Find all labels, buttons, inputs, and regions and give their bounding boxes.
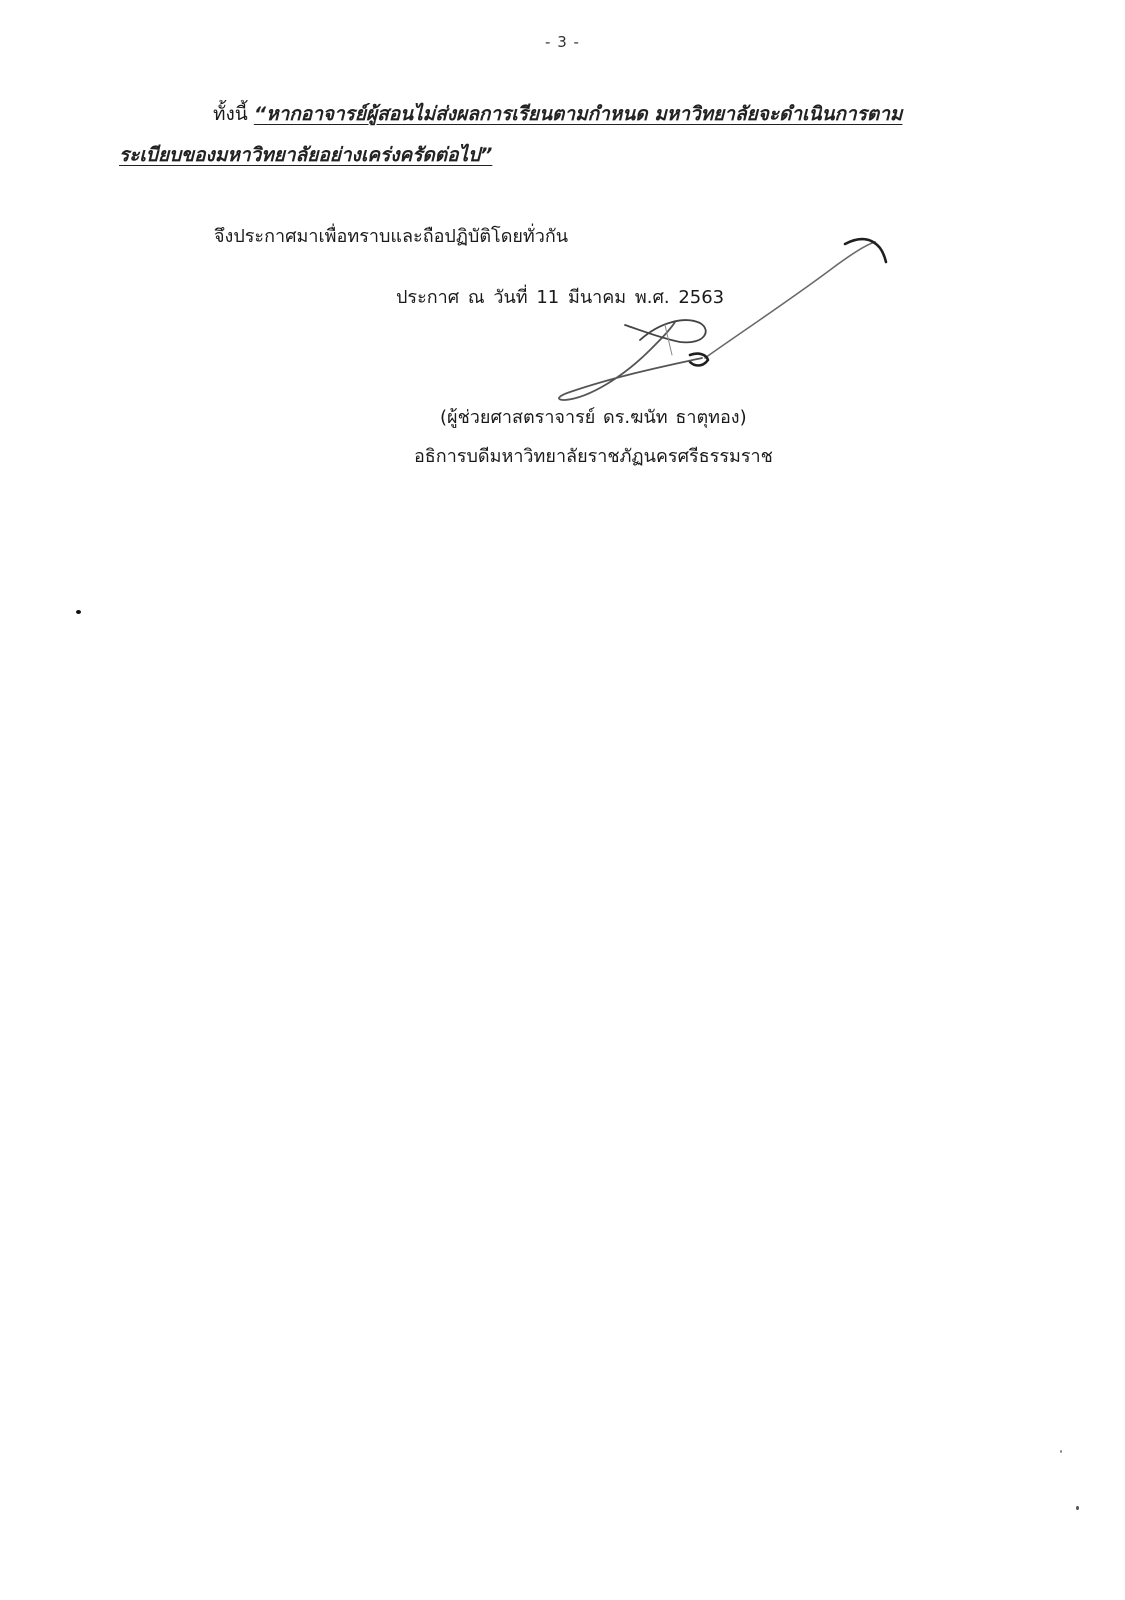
paragraph-lead: ทั้งนี้ xyxy=(213,103,254,125)
scan-speck xyxy=(1076,1506,1079,1510)
signer-title: อธิการบดีมหาวิทยาลัยราชภัฏนครศรีธรรมราช xyxy=(414,441,773,470)
scan-speck xyxy=(1060,1450,1062,1453)
notice-paragraph-line-2: ระเบียบของมหาวิทยาลัยอย่างเคร่งครัดต่อไป… xyxy=(119,146,492,165)
signature-icon xyxy=(530,230,910,410)
signer-name: (ผู้ช่วยศาสตราจารย์ ดร.ฆนัท ธาตุทอง) xyxy=(440,402,747,431)
notice-paragraph-line-1: ทั้งนี้ “หากอาจารย์ผู้สอนไม่ส่งผลการเรีย… xyxy=(213,105,902,124)
page-number: - 3 - xyxy=(0,33,1125,51)
emphasized-warning-part-2: ระเบียบของมหาวิทยาลัยอย่างเคร่งครัดต่อไป… xyxy=(119,144,492,166)
emphasized-warning-part-1: “หากอาจารย์ผู้สอนไม่ส่งผลการเรียนตามกำหน… xyxy=(254,103,903,125)
closing-statement: จึงประกาศมาเพื่อทราบและถือปฏิบัติโดยทั่ว… xyxy=(214,221,568,250)
document-page: - 3 - ทั้งนี้ “หากอาจารย์ผู้สอนไม่ส่งผลก… xyxy=(0,0,1125,1600)
scan-speck xyxy=(76,610,81,614)
